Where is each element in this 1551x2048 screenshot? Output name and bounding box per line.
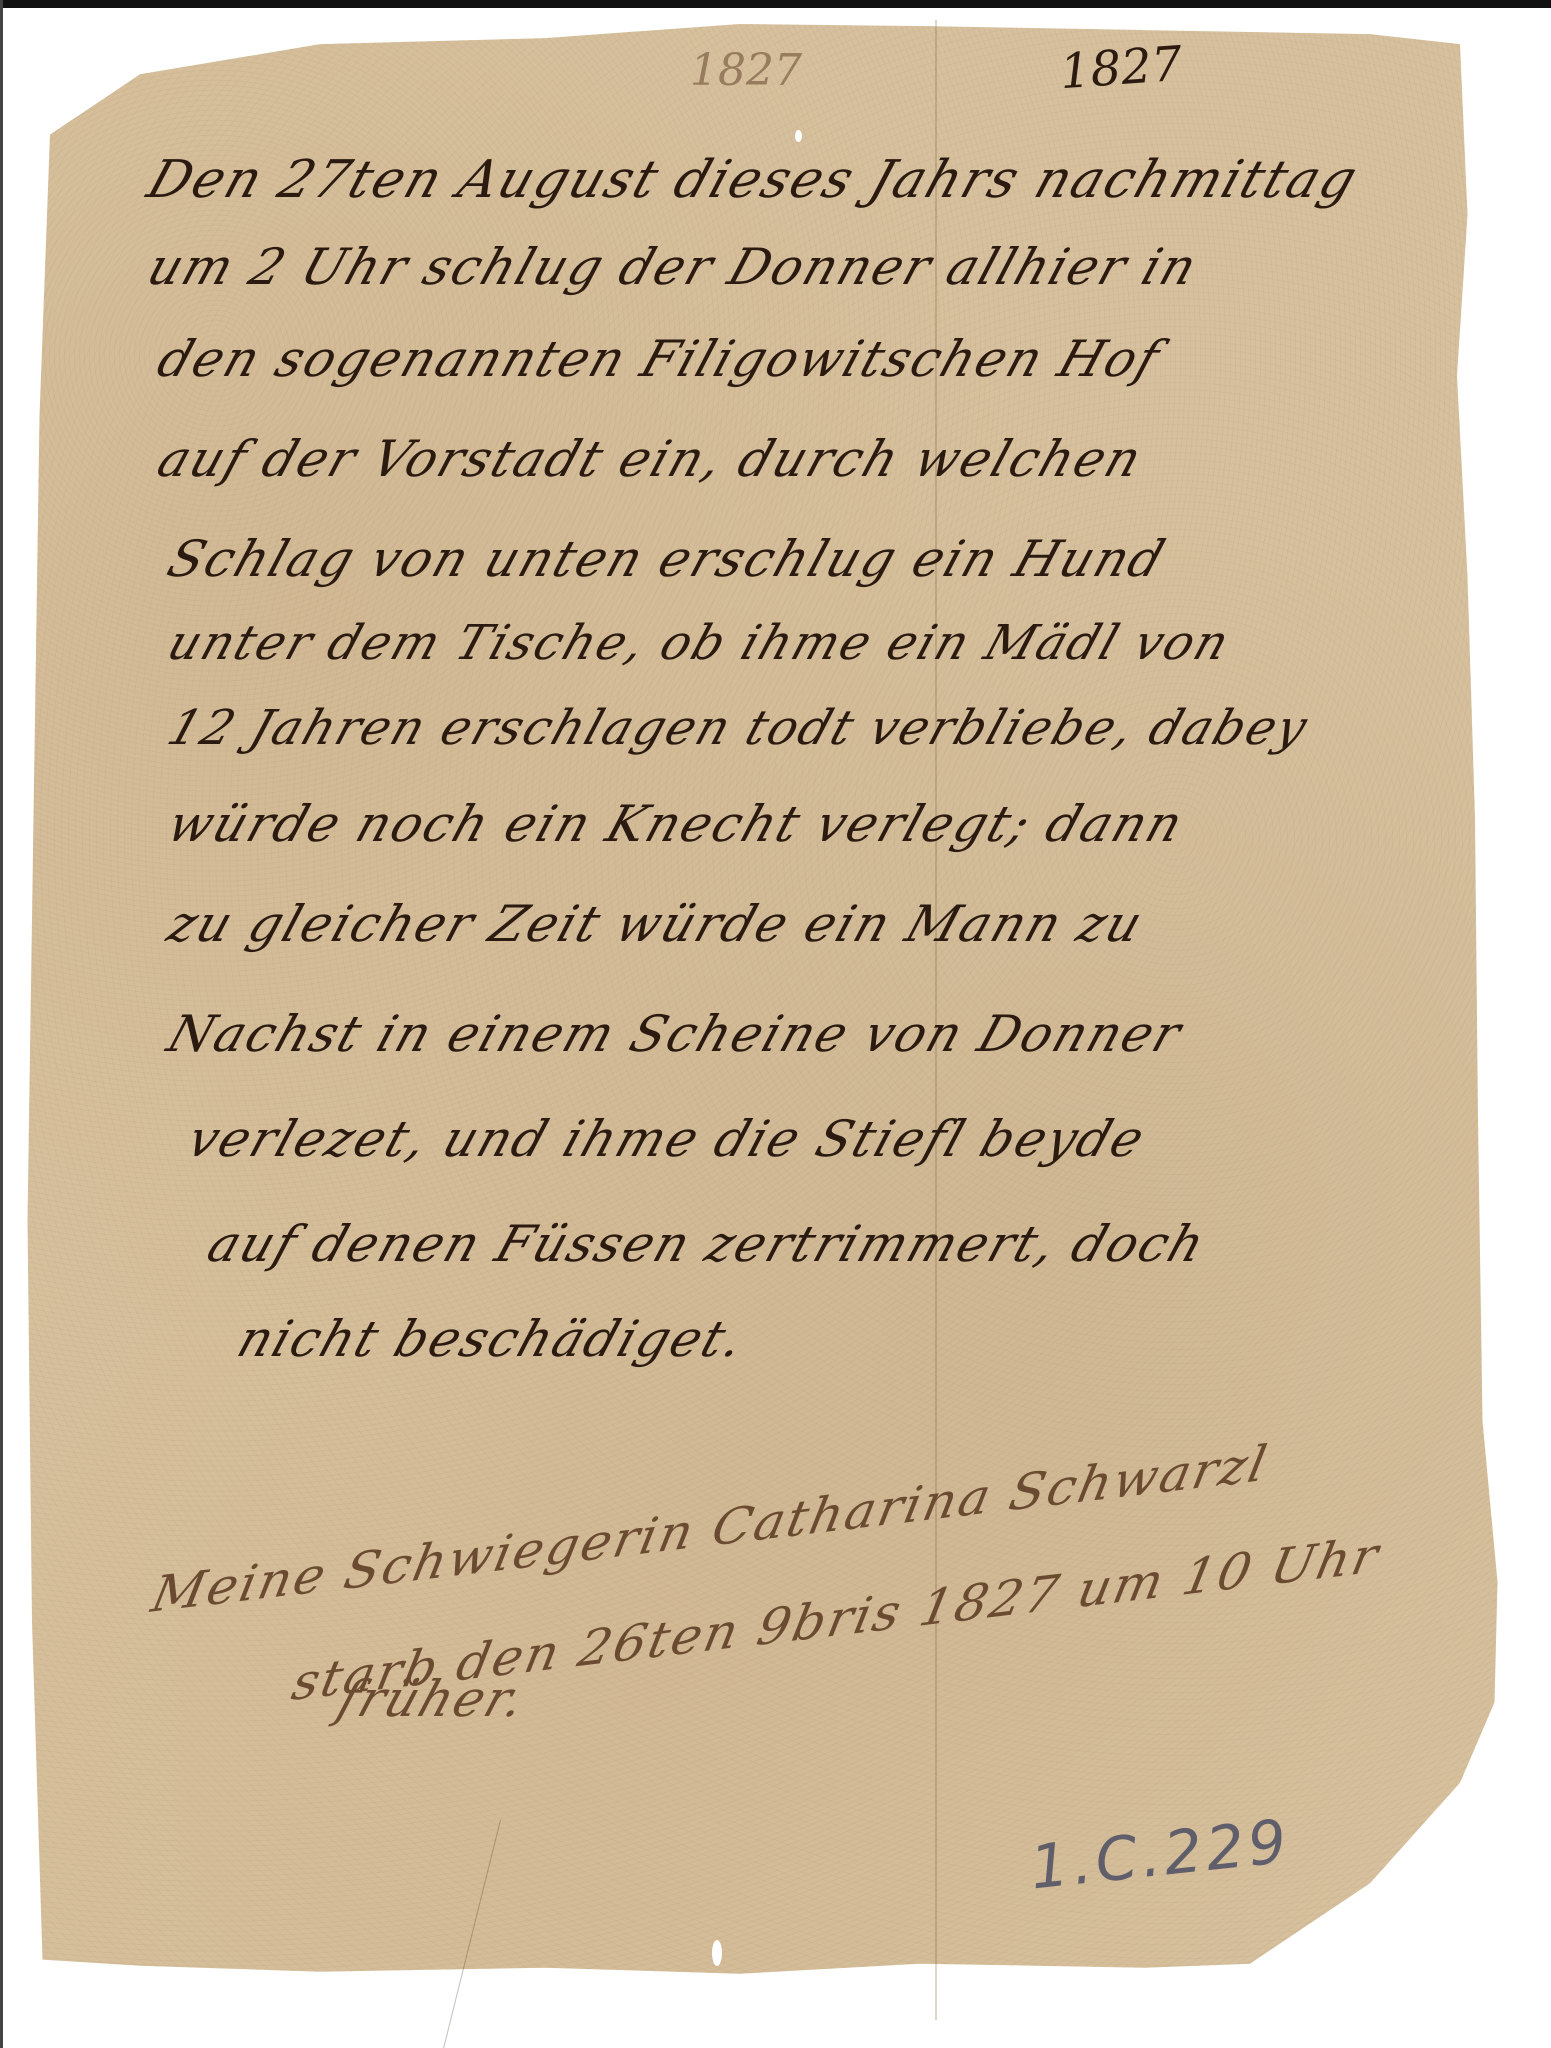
text-line: Nachst in einem Scheine von Donner <box>161 1005 1190 1063</box>
note-line: früher. <box>331 1670 535 1728</box>
text-line: würde noch ein Knecht verlegt; dann <box>161 795 1192 853</box>
text-line: auf denen Füssen zertrimmert, doch <box>201 1215 1214 1273</box>
text-line: auf der Vorstadt ein, durch welchen <box>151 430 1151 488</box>
text-line: um 2 Uhr schlug der Donner allhier in <box>141 238 1206 296</box>
manuscript-body: Den 27ten August dieses Jahrs nachmittag… <box>150 0 1450 1400</box>
text-line: unter dem Tische, ob ihme ein Mädl von <box>161 615 1238 671</box>
paper-hole <box>712 1940 722 1966</box>
text-line: den sogenannten Filigowitschen Hof <box>151 330 1169 388</box>
text-line: 12 Jahren erschlagen todt verbliebe, dab… <box>161 700 1316 756</box>
text-line: zu gleicher Zeit würde ein Mann zu <box>161 895 1152 953</box>
scan-border-left <box>0 0 3 2048</box>
text-line: Den 27ten August dieses Jahrs nachmittag <box>140 150 1366 210</box>
text-line: Schlag von unten erschlug ein Hund <box>161 530 1174 588</box>
text-line: verlezet, und ihme die Stiefl beyde <box>181 1110 1154 1168</box>
note-section: Meine Schwiegerin Catharina Schwarzl sta… <box>170 1420 1450 1740</box>
text-line: nicht beschädiget. <box>231 1310 753 1368</box>
